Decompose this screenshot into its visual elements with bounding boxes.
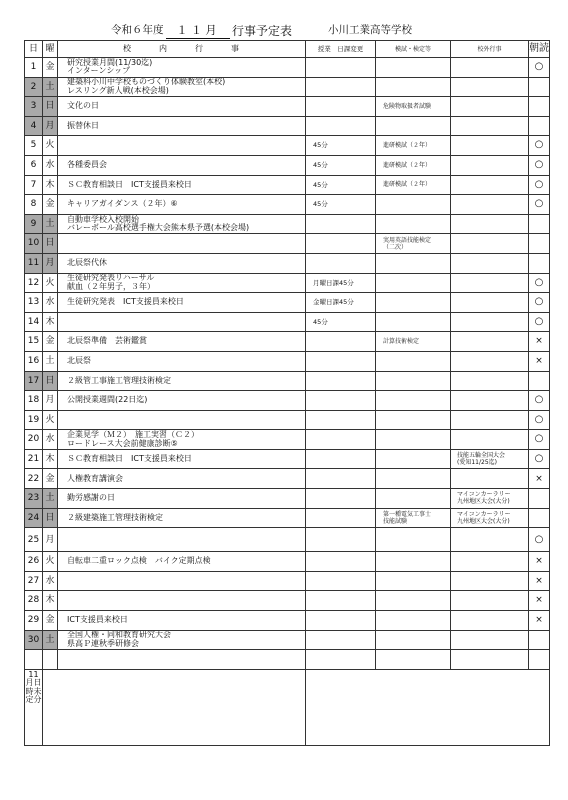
weekday-cell: 土 — [43, 77, 58, 97]
day-cell-text: 26 — [25, 557, 42, 566]
col-day: 日 — [25, 41, 43, 58]
class-change-cell — [306, 591, 376, 611]
internal-event-cell: 生徒研究発表 ICT支援員来校日 — [58, 293, 306, 313]
day-cell: 15 — [25, 332, 43, 352]
day-cell: 2 — [25, 77, 43, 97]
circle-mark-icon: ○ — [529, 435, 549, 444]
undetermined-events-row: 11月日時未定分 — [25, 669, 550, 745]
day-cell: 30 — [25, 630, 43, 650]
internal-event-cell-text: 北辰祭準備 芸術鑑賞 — [67, 337, 305, 346]
morning-reading-cell: × — [529, 351, 550, 371]
class-change-cell — [306, 571, 376, 591]
day-cell-text: 23 — [25, 494, 42, 503]
document-title: 令和６年度 １１月 行事予定表 小川工業高等学校 — [0, 22, 568, 40]
morning-reading-cell: × — [529, 611, 550, 631]
class-change-cell-text: 45分 — [313, 318, 375, 327]
weekday-cell-text: 日 — [43, 102, 57, 111]
external-event-cell — [451, 253, 529, 273]
table-row: 28木× — [25, 591, 550, 611]
weekday-cell-text: 月 — [43, 396, 57, 405]
cross-mark-icon: × — [529, 577, 549, 586]
day-cell-text: 18 — [25, 396, 42, 405]
exam-cell — [376, 312, 451, 332]
col-exams: 模試・検定等 — [376, 41, 451, 58]
day-cell: 1 — [25, 58, 43, 78]
schedule-title: 行事予定表 — [232, 22, 292, 39]
exam-cell — [376, 410, 451, 430]
external-event-cell — [451, 410, 529, 430]
exam-cell-text: 進研模試（２年） — [383, 162, 450, 169]
exam-cell — [376, 650, 451, 670]
day-cell: 18 — [25, 391, 43, 411]
internal-event-cell-text: 研究授業月間(11/30迄) インターンシップ — [67, 59, 305, 76]
weekday-cell-text: 木 — [43, 181, 57, 190]
class-change-cell-text: 月曜日課45分 — [313, 279, 375, 288]
morning-reading-cell — [529, 214, 550, 234]
exam-cell — [376, 528, 451, 552]
exam-cell — [376, 552, 451, 572]
external-event-cell — [451, 175, 529, 195]
day-cell-text: 5 — [25, 141, 42, 150]
day-cell: 8 — [25, 195, 43, 215]
class-change-cell — [306, 77, 376, 97]
weekday-cell-text: 土 — [43, 357, 57, 366]
external-event-cell — [451, 214, 529, 234]
weekday-cell-text: 火 — [43, 557, 57, 566]
day-cell: 28 — [25, 591, 43, 611]
exam-cell — [376, 77, 451, 97]
external-event-cell — [451, 77, 529, 97]
morning-reading-cell — [529, 630, 550, 650]
internal-event-cell-text: キャリアガイダンス（２年）⑥ — [67, 200, 305, 209]
table-row: 21木ＳＣ教育相談日 ICT支援員来校日技能五輪全国大会 (愛知11/25迄)○ — [25, 449, 550, 469]
internal-event-cell: 各種委員会 — [58, 155, 306, 175]
table-row: 27水× — [25, 571, 550, 591]
external-event-cell — [451, 58, 529, 78]
class-change-cell-text: 45分 — [313, 141, 375, 150]
internal-event-cell: ＳＣ教育相談日 ICT支援員来校日 — [58, 449, 306, 469]
exam-cell — [376, 630, 451, 650]
fiscal-year: 令和６年度 — [111, 22, 164, 37]
weekday-cell-text: 水 — [43, 161, 57, 170]
exam-cell-text: 計算技術検定 — [383, 338, 450, 345]
external-event-cell — [451, 552, 529, 572]
internal-event-cell: ＳＣ教育相談日 ICT支援員来校日 — [58, 175, 306, 195]
class-change-cell — [306, 650, 376, 670]
external-event-cell — [451, 97, 529, 117]
weekday-cell-text: 土 — [43, 494, 57, 503]
weekday-cell-text: 火 — [43, 141, 57, 150]
class-change-cell — [306, 469, 376, 489]
weekday-cell: 金 — [43, 469, 58, 489]
morning-reading-cell: ○ — [529, 449, 550, 469]
day-cell-text: 25 — [25, 536, 42, 545]
class-change-cell — [306, 58, 376, 78]
external-event-cell — [451, 351, 529, 371]
class-change-cell — [306, 351, 376, 371]
weekday-cell-text: 木 — [43, 318, 57, 327]
day-cell: 4 — [25, 116, 43, 136]
exam-cell — [376, 293, 451, 313]
day-cell: 14 — [25, 312, 43, 332]
cross-mark-icon: × — [529, 357, 549, 366]
exam-cell — [376, 489, 451, 509]
schedule-rows: 1金研究授業月間(11/30迄) インターンシップ○2土建築科小川中学校ものづく… — [25, 58, 550, 746]
class-change-cell — [306, 528, 376, 552]
day-cell — [25, 650, 43, 670]
weekday-cell: 土 — [43, 489, 58, 509]
internal-event-cell: キャリアガイダンス（２年）⑥ — [58, 195, 306, 215]
table-row: 24日２級建築施工管理技術検定第一種電気工事士 技能試験マイコンカーラリー 九州… — [25, 508, 550, 528]
exam-cell-text: 進研模試（２年） — [383, 142, 450, 149]
weekday-cell: 土 — [43, 630, 58, 650]
school-name: 小川工業高等学校 — [328, 22, 412, 37]
day-cell-text: 29 — [25, 616, 42, 625]
day-cell-text: 1 — [25, 63, 42, 72]
internal-event-cell-text: ２級建築施工管理技術検定 — [67, 514, 305, 523]
internal-event-cell-text: 建築科小川中学校ものづくり体験教室(本校) レスリング新人戦(本校会場) — [67, 78, 305, 95]
exam-cell: 危険物取扱者試験 — [376, 97, 451, 117]
circle-mark-icon: ○ — [529, 63, 549, 72]
internal-event-cell-text: 全国人権・同和教育研究大会 県高Ｐ連秋季研修会 — [67, 631, 305, 648]
day-cell: 3 — [25, 97, 43, 117]
external-event-cell — [451, 571, 529, 591]
class-change-cell: 45分 — [306, 195, 376, 215]
exam-cell — [376, 273, 451, 293]
external-event-cell — [451, 630, 529, 650]
month-label: １１月 — [166, 22, 230, 39]
internal-event-cell-text: 振替休日 — [67, 122, 305, 131]
weekday-cell-text: 土 — [43, 636, 57, 645]
morning-reading-cell: × — [529, 591, 550, 611]
circle-mark-icon: ○ — [529, 396, 549, 405]
day-cell: 16 — [25, 351, 43, 371]
table-row: 2土建築科小川中学校ものづくり体験教室(本校) レスリング新人戦(本校会場) — [25, 77, 550, 97]
weekday-cell: 金 — [43, 195, 58, 215]
day-cell-text: 14 — [25, 318, 42, 327]
weekday-cell: 金 — [43, 58, 58, 78]
day-cell-text: 2 — [25, 83, 42, 92]
weekday-cell: 火 — [43, 136, 58, 156]
table-row: 17日２級管工事施工管理技術検定 — [25, 371, 550, 391]
weekday-cell-text: 金 — [43, 200, 57, 209]
exam-cell — [376, 449, 451, 469]
morning-reading-cell: × — [529, 469, 550, 489]
circle-mark-icon: ○ — [529, 416, 549, 425]
table-row: 3日文化の日危険物取扱者試験 — [25, 97, 550, 117]
internal-event-cell: 文化の日 — [58, 97, 306, 117]
external-event-cell — [451, 611, 529, 631]
weekday-cell-text: 土 — [43, 83, 57, 92]
exam-cell — [376, 469, 451, 489]
exam-cell: 進研模試（２年） — [376, 136, 451, 156]
internal-event-cell-text: 北辰祭代休 — [67, 259, 305, 268]
weekday-cell-text: 月 — [43, 536, 57, 545]
internal-event-cell-text: ＳＣ教育相談日 ICT支援員来校日 — [67, 455, 305, 464]
morning-reading-cell: ○ — [529, 155, 550, 175]
exam-cell — [376, 611, 451, 631]
internal-event-cell-text: 生徒研究発表リハーサル 献血（２年男子，３年） — [67, 274, 305, 291]
internal-event-cell-text: 勤労感謝の日 — [67, 494, 305, 503]
weekday-cell-text: 水 — [43, 298, 57, 307]
morning-reading-cell: ○ — [529, 293, 550, 313]
class-change-cell — [306, 489, 376, 509]
morning-reading-cell — [529, 77, 550, 97]
class-change-cell — [306, 214, 376, 234]
weekday-cell-text: 水 — [43, 577, 57, 586]
morning-reading-cell: ○ — [529, 273, 550, 293]
weekday-cell-text: 火 — [43, 279, 57, 288]
external-event-cell — [451, 293, 529, 313]
class-change-cell-text: 45分 — [313, 200, 375, 209]
weekday-cell-text: 木 — [43, 455, 57, 464]
exam-cell — [376, 351, 451, 371]
table-row: 25月○ — [25, 528, 550, 552]
weekday-cell: 木 — [43, 312, 58, 332]
day-cell: 19 — [25, 410, 43, 430]
internal-event-cell: 建築科小川中学校ものづくり体験教室(本校) レスリング新人戦(本校会場) — [58, 77, 306, 97]
day-cell-text: 22 — [25, 475, 42, 484]
exam-cell — [376, 214, 451, 234]
weekday-cell: 月 — [43, 116, 58, 136]
morning-reading-cell: × — [529, 571, 550, 591]
weekday-cell: 火 — [43, 273, 58, 293]
external-event-cell-text: マイコンカーラリー 九州地区大会(大分) — [457, 491, 528, 505]
external-event-cell: マイコンカーラリー 九州地区大会(大分) — [451, 508, 529, 528]
weekday-cell-text: 木 — [43, 596, 57, 605]
day-cell-text: 20 — [25, 435, 42, 444]
internal-event-cell: 自動車学校入校開始 バレーボール高校選手権大会熊本県予選(本校会場) — [58, 214, 306, 234]
day-cell-text: 12 — [25, 279, 42, 288]
internal-event-cell: 生徒研究発表リハーサル 献血（２年男子，３年） — [58, 273, 306, 293]
internal-event-cell — [58, 234, 306, 254]
internal-event-cell: 北辰祭代休 — [58, 253, 306, 273]
weekday-cell: 月 — [43, 528, 58, 552]
day-cell: 10 — [25, 234, 43, 254]
table-row: 1金研究授業月間(11/30迄) インターンシップ○ — [25, 58, 550, 78]
day-cell: 22 — [25, 469, 43, 489]
class-change-cell-text: 45分 — [313, 161, 375, 170]
internal-event-cell: 人権教育講演会 — [58, 469, 306, 489]
exam-cell — [376, 571, 451, 591]
header-row: 日 曜 校 内 行 事 授業 日課変更 模試・検定等 校外行事 朝読 — [25, 41, 550, 58]
weekday-cell: 火 — [43, 552, 58, 572]
day-cell: 5 — [25, 136, 43, 156]
day-cell-text: 8 — [25, 200, 42, 209]
table-row: 14木45分○ — [25, 312, 550, 332]
day-cell-text: 13 — [25, 298, 42, 307]
table-row: 4月振替休日 — [25, 116, 550, 136]
class-change-cell — [306, 611, 376, 631]
circle-mark-icon: ○ — [529, 141, 549, 150]
table-row: 7木ＳＣ教育相談日 ICT支援員来校日45分進研模試（２年）○ — [25, 175, 550, 195]
morning-reading-cell — [529, 371, 550, 391]
col-morning-reading: 朝読 — [529, 41, 550, 58]
class-change-cell — [306, 552, 376, 572]
external-event-cell — [451, 136, 529, 156]
day-cell-text: 15 — [25, 337, 42, 346]
exam-cell — [376, 195, 451, 215]
day-cell-text: 21 — [25, 455, 42, 464]
internal-event-cell — [58, 571, 306, 591]
external-event-cell — [451, 312, 529, 332]
table-row: 11月北辰祭代休 — [25, 253, 550, 273]
weekday-cell-text: 金 — [43, 63, 57, 72]
internal-event-cell: 勤労感謝の日 — [58, 489, 306, 509]
internal-event-cell-text: 公開授業週間(22日迄) — [67, 396, 305, 405]
internal-event-cell-text: 自動車学校入校開始 バレーボール高校選手権大会熊本県予選(本校会場) — [67, 216, 305, 233]
exam-cell — [376, 58, 451, 78]
morning-reading-cell: ○ — [529, 312, 550, 332]
weekday-cell — [43, 650, 58, 670]
undetermined-external-cell — [306, 669, 550, 745]
external-event-cell — [451, 332, 529, 352]
day-cell: 29 — [25, 611, 43, 631]
col-class-change: 授業 日課変更 — [306, 41, 376, 58]
internal-event-cell: ICT支援員来校日 — [58, 611, 306, 631]
day-cell: 26 — [25, 552, 43, 572]
internal-event-cell-text: ICT支援員来校日 — [67, 616, 305, 625]
internal-event-cell-text: ＳＣ教育相談日 ICT支援員来校日 — [67, 181, 305, 190]
circle-mark-icon: ○ — [529, 455, 549, 464]
morning-reading-cell — [529, 650, 550, 670]
day-cell-text: 6 — [25, 161, 42, 170]
day-cell: 25 — [25, 528, 43, 552]
exam-cell — [376, 391, 451, 411]
exam-cell — [376, 430, 451, 450]
day-cell-text: 27 — [25, 577, 42, 586]
day-cell-text: 11 — [25, 259, 42, 268]
table-row: 13水生徒研究発表 ICT支援員来校日金曜日課45分○ — [25, 293, 550, 313]
morning-reading-cell — [529, 234, 550, 254]
exam-cell: 進研模試（２年） — [376, 175, 451, 195]
day-cell: 6 — [25, 155, 43, 175]
day-cell: 24 — [25, 508, 43, 528]
class-change-cell — [306, 253, 376, 273]
day-cell: 9 — [25, 214, 43, 234]
weekday-cell-text: 金 — [43, 616, 57, 625]
circle-mark-icon: ○ — [529, 181, 549, 190]
internal-event-cell — [58, 136, 306, 156]
circle-mark-icon: ○ — [529, 536, 549, 545]
day-cell: 20 — [25, 430, 43, 450]
internal-event-cell: 企業見学（Ｍ２） 施工実習（Ｃ２） ロードレース大会前健康診断⑤ — [58, 430, 306, 450]
circle-mark-icon: ○ — [529, 318, 549, 327]
weekday-cell: 日 — [43, 97, 58, 117]
class-change-cell: 45分 — [306, 312, 376, 332]
weekday-cell-text: 金 — [43, 337, 57, 346]
morning-reading-cell: ○ — [529, 195, 550, 215]
internal-event-cell — [58, 591, 306, 611]
weekday-cell: 水 — [43, 430, 58, 450]
class-change-cell — [306, 508, 376, 528]
day-cell: 13 — [25, 293, 43, 313]
internal-event-cell-text: ２級管工事施工管理技術検定 — [67, 377, 305, 386]
class-change-cell — [306, 430, 376, 450]
day-cell-text: 9 — [25, 220, 42, 229]
internal-event-cell-text: 北辰祭 — [67, 357, 305, 366]
class-change-cell — [306, 332, 376, 352]
table-row: 16土北辰祭× — [25, 351, 550, 371]
day-cell-text: 3 — [25, 102, 42, 111]
table-row: 8金キャリアガイダンス（２年）⑥45分○ — [25, 195, 550, 215]
table-row: 23土勤労感謝の日マイコンカーラリー 九州地区大会(大分) — [25, 489, 550, 509]
class-change-cell — [306, 97, 376, 117]
class-change-cell: 45分 — [306, 136, 376, 156]
circle-mark-icon: ○ — [529, 298, 549, 307]
external-event-cell-text: 技能五輪全国大会 (愛知11/25迄) — [457, 452, 528, 466]
internal-event-cell: ２級建築施工管理技術検定 — [58, 508, 306, 528]
table-row: 30土全国人権・同和教育研究大会 県高Ｐ連秋季研修会 — [25, 630, 550, 650]
morning-reading-cell — [529, 97, 550, 117]
class-change-cell-text: 金曜日課45分 — [313, 298, 375, 307]
weekday-cell-text: 日 — [43, 377, 57, 386]
class-change-cell — [306, 410, 376, 430]
internal-event-cell — [58, 650, 306, 670]
weekday-cell: 日 — [43, 508, 58, 528]
internal-event-cell: 振替休日 — [58, 116, 306, 136]
weekday-cell-text: 月 — [43, 122, 57, 131]
weekday-cell: 土 — [43, 214, 58, 234]
weekday-cell: 月 — [43, 253, 58, 273]
weekday-cell: 日 — [43, 234, 58, 254]
col-external-events: 校外行事 — [451, 41, 529, 58]
class-change-cell — [306, 116, 376, 136]
morning-reading-cell: ○ — [529, 430, 550, 450]
internal-event-cell-text: 企業見学（Ｍ２） 施工実習（Ｃ２） ロードレース大会前健康診断⑤ — [67, 431, 305, 448]
weekday-cell: 火 — [43, 410, 58, 430]
schedule-table: 日 曜 校 内 行 事 授業 日課変更 模試・検定等 校外行事 朝読 1金研究授… — [24, 40, 550, 746]
day-cell: 17 — [25, 371, 43, 391]
external-event-cell — [451, 371, 529, 391]
morning-reading-cell — [529, 508, 550, 528]
class-change-cell: 45分 — [306, 155, 376, 175]
day-cell-text: 24 — [25, 514, 42, 523]
table-row: 19火○ — [25, 410, 550, 430]
external-event-cell — [451, 155, 529, 175]
class-change-cell: 月曜日課45分 — [306, 273, 376, 293]
morning-reading-cell: ○ — [529, 58, 550, 78]
day-cell-text: 7 — [25, 181, 42, 190]
circle-mark-icon: ○ — [529, 279, 549, 288]
morning-reading-cell: ○ — [529, 175, 550, 195]
internal-event-cell: 研究授業月間(11/30迄) インターンシップ — [58, 58, 306, 78]
external-event-cell-text: マイコンカーラリー 九州地区大会(大分) — [457, 511, 528, 525]
morning-reading-cell: × — [529, 332, 550, 352]
day-cell: 27 — [25, 571, 43, 591]
morning-reading-cell — [529, 253, 550, 273]
weekday-cell-text: 日 — [43, 239, 57, 248]
weekday-cell: 木 — [43, 591, 58, 611]
weekday-cell: 水 — [43, 293, 58, 313]
weekday-cell: 日 — [43, 371, 58, 391]
weekday-cell: 月 — [43, 391, 58, 411]
external-event-cell — [451, 430, 529, 450]
cross-mark-icon: × — [529, 475, 549, 484]
internal-event-cell-text: 文化の日 — [67, 102, 305, 111]
external-event-cell — [451, 195, 529, 215]
exam-cell-text: 危険物取扱者試験 — [383, 103, 450, 110]
class-change-cell — [306, 630, 376, 650]
day-cell: 21 — [25, 449, 43, 469]
table-row — [25, 650, 550, 670]
table-row: 12火生徒研究発表リハーサル 献血（２年男子，３年）月曜日課45分○ — [25, 273, 550, 293]
col-internal-events: 校 内 行 事 — [58, 41, 306, 58]
table-row: 6水各種委員会45分進研模試（２年）○ — [25, 155, 550, 175]
day-cell: 7 — [25, 175, 43, 195]
internal-event-cell — [58, 312, 306, 332]
external-event-cell — [451, 116, 529, 136]
